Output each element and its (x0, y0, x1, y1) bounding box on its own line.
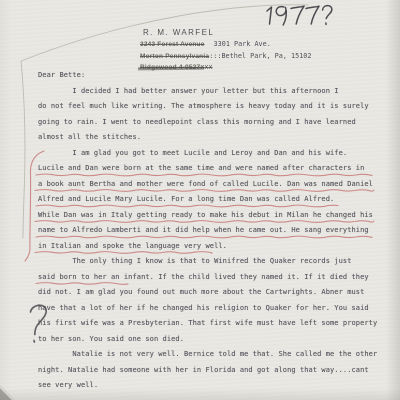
letter-line: Natalie is not very well. Bernice told m… (38, 350, 377, 359)
salutation: Dear Bette: (38, 71, 85, 80)
letter-line: in Italian and spoke the language very w… (38, 242, 227, 251)
letter-line: have that a lot of her if he changed his… (38, 304, 369, 313)
letter-line: I am glad you got to meet Lucile and Ler… (38, 149, 347, 158)
letter-line: going to rain. I went to needlepoint cla… (38, 118, 356, 127)
letter-line: a book aunt Bertha and mother were fond … (38, 180, 373, 189)
letter-line: name to Alfredo Lamberti and it did help… (38, 226, 369, 235)
letter-line: I decided I had better answer your lette… (38, 87, 339, 96)
letter-line: to her son. You said one son died. (38, 335, 184, 344)
letter-line: do not feel much like writing. The atmos… (38, 102, 369, 111)
letter-line: Lucile and Dan were born at the same tim… (38, 164, 364, 173)
letter-line: While Dan was in Italy getting ready to … (38, 211, 373, 220)
letter-line: almost all the stitches. (38, 133, 141, 142)
letter-body: Dear Bette: I decided I had better answe… (0, 0, 400, 400)
letter-line: see very well. (38, 381, 98, 390)
letter-line: Alfred and Lucile Mary Lucile. For a lon… (38, 195, 334, 204)
letter-line: said born to her an infant. If the child… (38, 273, 369, 282)
letter-line: did not. I am glad you found out much mo… (38, 288, 364, 297)
scanned-letter-page: R. M. WARFEL 3243 Forest Avenue3301 Park… (0, 0, 400, 400)
letter-line: night. Natalie had someone with her in F… (38, 366, 369, 375)
letter-line: his first wife was a Presbyterian. That … (38, 319, 377, 328)
letter-line: The only thing I know is that to Winifre… (38, 257, 352, 266)
